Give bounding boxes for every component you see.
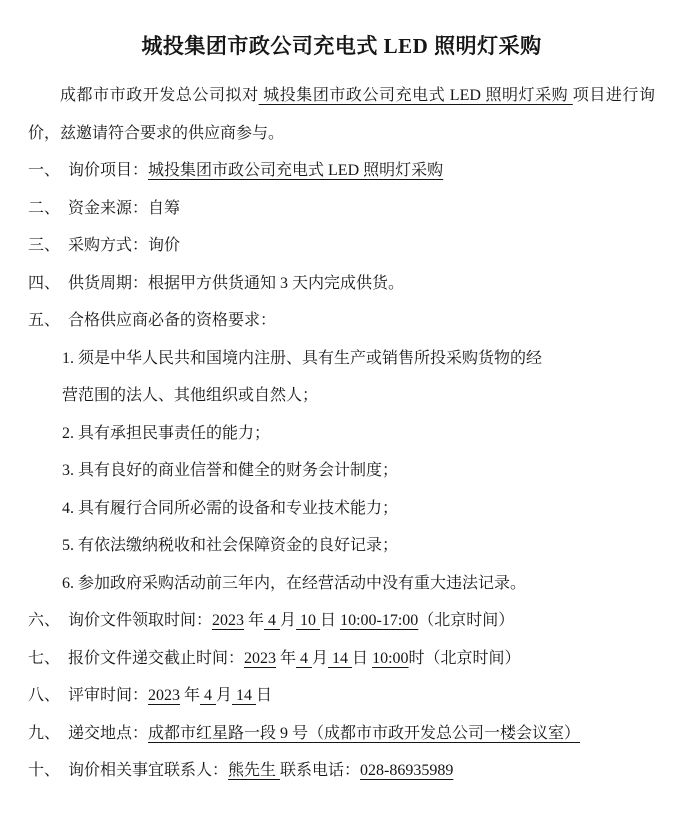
text-run: 月 [216, 687, 232, 704]
text-run: 日 [320, 612, 340, 629]
item-text: 询价项目：城投集团市政公司充电式 LED 照明灯采购 [68, 152, 655, 190]
sub-item-2: 2. 具有承担民事责任的能力； [62, 415, 655, 453]
underlined-text: 熊先生 [228, 762, 280, 779]
text-run: 年 [276, 650, 296, 667]
item-funding-source: 二、资金来源：自筹 [28, 190, 655, 228]
text-run: 报价文件递交截止时间： [68, 650, 244, 667]
text-run: 月 [312, 650, 328, 667]
page-title: 城投集团市政公司充电式 LED 照明灯采购 [28, 30, 655, 62]
sub-item-1: 1. 须是中华人民共和国境内注册、具有生产或销售所投采购货物的经 营范围的法人、… [62, 340, 655, 415]
underlined-text: 4 [200, 687, 216, 704]
intro-text-before: 成都市市政开发总公司拟对 [60, 87, 259, 104]
text-run: 月 [280, 612, 296, 629]
text-run: 联系电话： [280, 762, 360, 779]
item-contact-person: 十、询价相关事宜联系人：熊先生 联系电话：028-86935989 [28, 752, 655, 790]
text-run: 日 [352, 650, 372, 667]
item-number: 八、 [28, 677, 68, 715]
underlined-text: 10:00 [372, 650, 408, 667]
underlined-text: 2023 [244, 650, 276, 667]
item-number: 十、 [28, 752, 68, 790]
text-run: 评审时间： [68, 687, 148, 704]
sub-item-4: 4. 具有履行合同所必需的设备和专业技术能力； [62, 490, 655, 528]
item-text: 资金来源：自筹 [68, 190, 655, 228]
underlined-text: 2023 [148, 687, 180, 704]
text-run: 供货周期：根据甲方供货通知 3 天内完成供货。 [68, 275, 404, 292]
underlined-text: 14 [232, 687, 256, 704]
item-text: 合格供应商必备的资格要求： [68, 302, 655, 340]
item-inquiry-project: 一、询价项目：城投集团市政公司充电式 LED 照明灯采购 [28, 152, 655, 190]
item-submission-location: 九、递交地点：成都市红星路一段 9 号（成都市市政开发总公司一楼会议室） [28, 715, 655, 753]
item-supplier-qualifications: 五、合格供应商必备的资格要求： [28, 302, 655, 340]
item-text: 询价相关事宜联系人：熊先生 联系电话：028-86935989 [68, 752, 655, 790]
text-run: 询价文件领取时间： [68, 612, 212, 629]
underlined-text: 4 [264, 612, 280, 629]
item-text: 评审时间：2023 年 4 月 14 日 [68, 677, 655, 715]
item-quotation-deadline: 七、报价文件递交截止时间：2023 年 4 月 14 日 10:00时（北京时间… [28, 640, 655, 678]
item-number: 二、 [28, 190, 68, 228]
item-text: 报价文件递交截止时间：2023 年 4 月 14 日 10:00时（北京时间） [68, 640, 655, 678]
item-number: 六、 [28, 602, 68, 640]
sub-item-5: 5. 有依法缴纳税收和社会保障资金的良好记录； [62, 527, 655, 565]
text-run: 合格供应商必备的资格要求： [68, 312, 276, 329]
text-run: 资金来源：自筹 [68, 200, 180, 217]
item-number: 七、 [28, 640, 68, 678]
item-number: 九、 [28, 715, 68, 753]
text-run: 日 [256, 687, 272, 704]
underlined-text: 成都市红星路一段 9 号（成都市市政开发总公司一楼会议室） [148, 725, 580, 742]
item-text: 询价文件领取时间：2023 年 4 月 10 日 10:00-17:00（北京时… [68, 602, 655, 640]
underlined-text: 028-86935989 [360, 762, 453, 779]
item-review-time: 八、评审时间：2023 年 4 月 14 日 [28, 677, 655, 715]
item-text: 递交地点：成都市红星路一段 9 号（成都市市政开发总公司一楼会议室） [68, 715, 655, 753]
text-run: 询价相关事宜联系人： [68, 762, 228, 779]
text-run: 递交地点： [68, 725, 148, 742]
underlined-text: 2023 [212, 612, 244, 629]
text-run: 年 [244, 612, 264, 629]
item-text: 供货周期：根据甲方供货通知 3 天内完成供货。 [68, 265, 655, 303]
sub-item-3: 3. 具有良好的商业信誉和健全的财务会计制度； [62, 452, 655, 490]
document-page: 城投集团市政公司充电式 LED 照明灯采购 成都市市政开发总公司拟对 城投集团市… [0, 0, 680, 824]
item-procurement-method: 三、采购方式：询价 [28, 227, 655, 265]
intro-paragraph: 成都市市政开发总公司拟对 城投集团市政公司充电式 LED 照明灯采购 项目进行询… [28, 77, 655, 152]
item-number: 四、 [28, 265, 68, 303]
qualification-sub-list: 1. 须是中华人民共和国境内注册、具有生产或销售所投采购货物的经 营范围的法人、… [62, 340, 655, 603]
underlined-text: 城投集团市政公司充电式 LED 照明灯采购 [148, 162, 443, 179]
text-run: （北京时间） [418, 612, 514, 629]
sub-item-6: 6. 参加政府采购活动前三年内，在经营活动中没有重大违法记录。 [62, 565, 655, 603]
underlined-text: 4 [296, 650, 312, 667]
item-supply-period: 四、供货周期：根据甲方供货通知 3 天内完成供货。 [28, 265, 655, 303]
underlined-text: 14 [328, 650, 352, 667]
text-run: 询价项目： [68, 162, 148, 179]
item-number: 一、 [28, 152, 68, 190]
item-document-collection-time: 六、询价文件领取时间：2023 年 4 月 10 日 10:00-17:00（北… [28, 602, 655, 640]
text-run: 时（北京时间） [409, 650, 521, 667]
item-number: 五、 [28, 302, 68, 340]
underlined-text: 10:00-17:00 [340, 612, 418, 629]
underlined-text: 10 [296, 612, 320, 629]
intro-project-underlined: 城投集团市政公司充电式 LED 照明灯采购 [259, 87, 573, 104]
item-number: 三、 [28, 227, 68, 265]
text-run: 采购方式：询价 [68, 237, 180, 254]
text-run: 年 [180, 687, 200, 704]
item-text: 采购方式：询价 [68, 227, 655, 265]
